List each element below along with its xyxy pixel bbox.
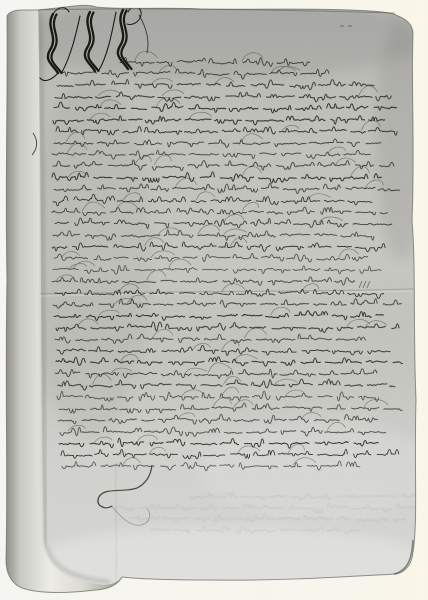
paper-grain-texture [0, 0, 428, 600]
manuscript-photo-frame [0, 0, 428, 600]
vertical-crease [116, 462, 117, 579]
manuscript-photo [0, 0, 428, 600]
parchment-sheet [0, 0, 428, 600]
